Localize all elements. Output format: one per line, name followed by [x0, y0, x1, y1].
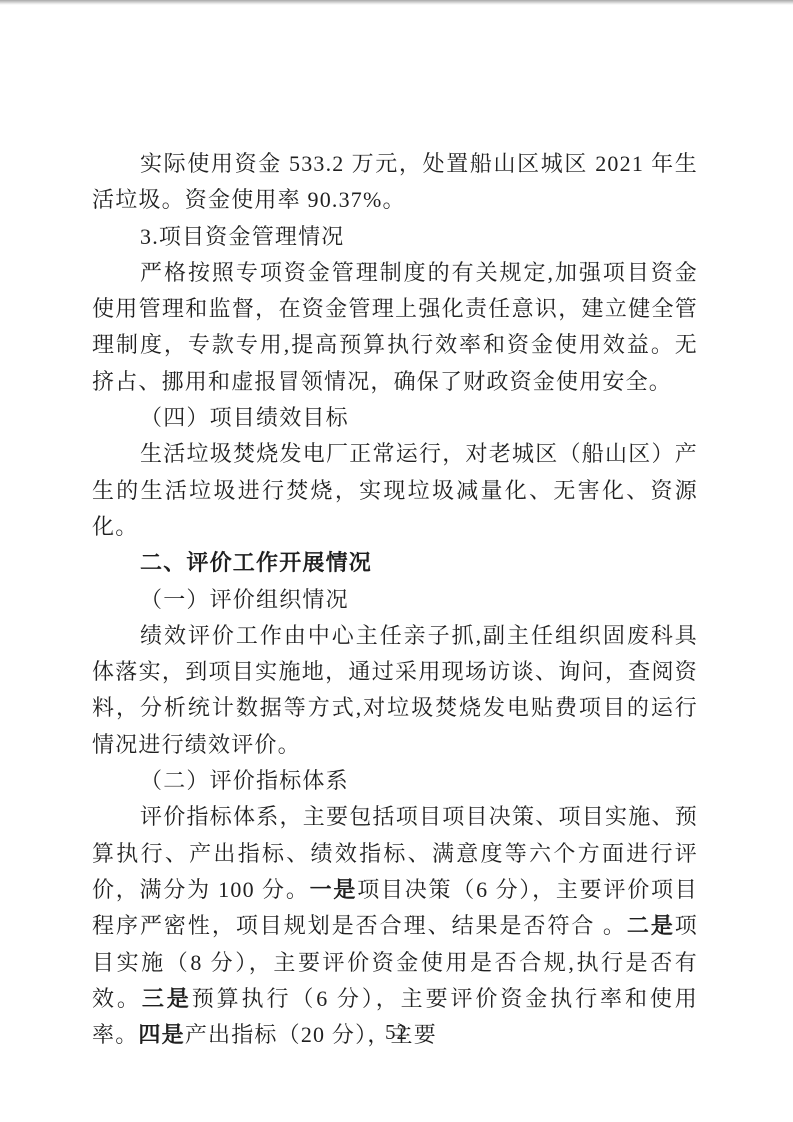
bold-text-run: 二是 — [627, 913, 675, 938]
section-heading: 二、评价工作开展情况 — [92, 545, 698, 581]
paragraph: 3.项目资金管理情况 — [92, 219, 698, 255]
text-run: 3.项目资金管理情况 — [140, 224, 345, 249]
text-run: 绩效评价工作由中心主任亲子抓,副主任组织固废科具体落实，到项目实施地，通过采用现… — [92, 623, 698, 757]
text-run: 严格按照专项资金管理制度的有关规定,加强项目资金使用管理和监督，在资金管理上强化… — [92, 260, 698, 394]
document-page: 实际使用资金 533.2 万元，处置船山区城区 2021 年生活垃圾。资金使用率… — [0, 0, 793, 1122]
paragraph: 绩效评价工作由中心主任亲子抓,副主任组织固废科具体落实，到项目实施地，通过采用现… — [92, 618, 698, 763]
text-run: （二）评价指标体系 — [140, 768, 349, 793]
paragraph: 实际使用资金 533.2 万元，处置船山区城区 2021 年生活垃圾。资金使用率… — [92, 146, 698, 219]
scan-edge-artifact — [0, 0, 793, 5]
paragraph: （一）评价组织情况 — [92, 582, 698, 618]
text-run: 实际使用资金 533.2 万元，处置船山区城区 2021 年生活垃圾。资金使用率… — [92, 151, 698, 212]
paragraph: 严格按照专项资金管理制度的有关规定,加强项目资金使用管理和监督，在资金管理上强化… — [92, 255, 698, 400]
text-run: （一）评价组织情况 — [140, 587, 349, 612]
bold-text-run: 一是 — [310, 877, 358, 902]
page-number: 52 — [0, 1020, 793, 1045]
paragraph: 生活垃圾焚烧发电厂正常运行，对老城区（船山区）产生的生活垃圾进行焚烧，实现垃圾减… — [92, 436, 698, 545]
paragraph: （二）评价指标体系 — [92, 763, 698, 799]
bold-text-run: 三是 — [142, 986, 192, 1011]
document-body: 实际使用资金 533.2 万元，处置船山区城区 2021 年生活垃圾。资金使用率… — [92, 146, 698, 1053]
paragraph: （四）项目绩效目标 — [92, 400, 698, 436]
text-run: 生活垃圾焚烧发电厂正常运行，对老城区（船山区）产生的生活垃圾进行焚烧，实现垃圾减… — [92, 441, 698, 539]
text-run: （四）项目绩效目标 — [140, 405, 349, 430]
bold-text-run: 二、评价工作开展情况 — [140, 550, 372, 575]
paragraph: 评价指标体系，主要包括项目项目决策、项目实施、预算执行、产出指标、绩效指标、满意… — [92, 799, 698, 1053]
